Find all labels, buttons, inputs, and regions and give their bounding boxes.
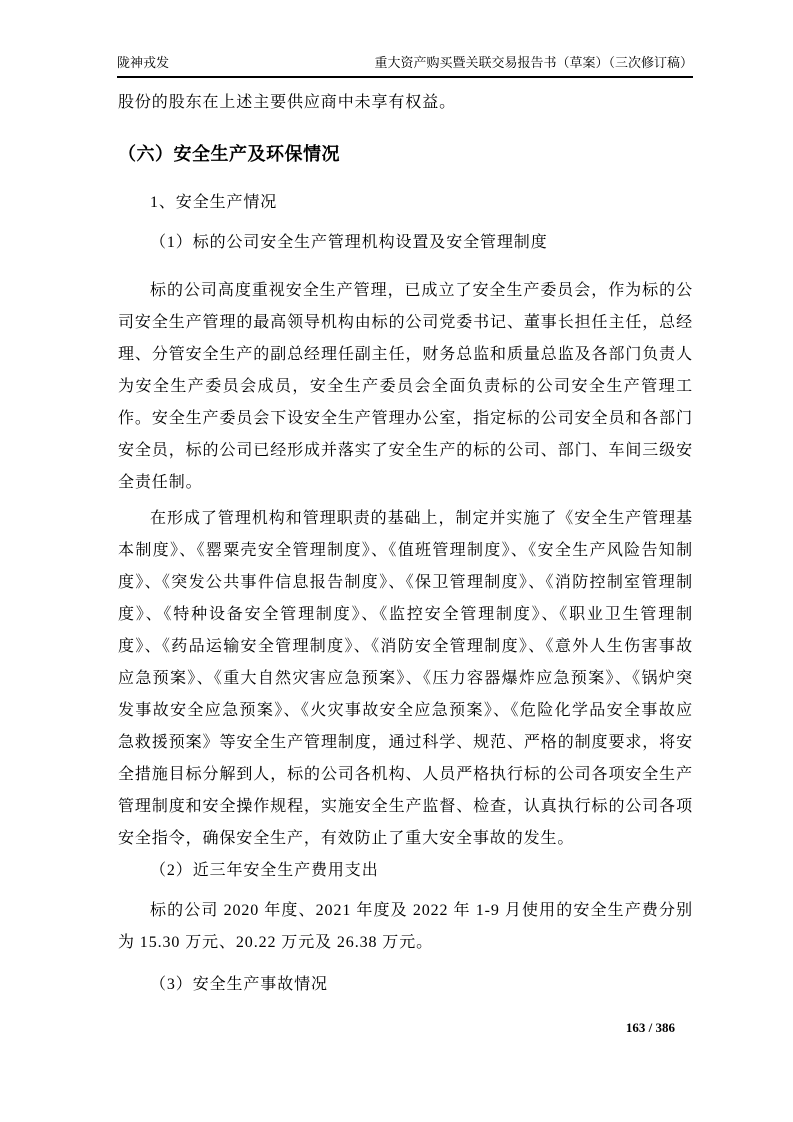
page-footer: 163 / 386	[626, 1019, 675, 1036]
item1-paragraph-2: 在形成了管理机构和管理职责的基础上，制定并实施了《安全生产管理基本制度》、《罂粟…	[118, 503, 693, 855]
page-header: 陇神戎发 重大资产购买暨关联交易报告书（草案）（三次修订稿）	[117, 55, 693, 78]
item3-heading: （3）安全生产事故情况	[118, 969, 693, 1001]
header-company-name: 陇神戎发	[117, 55, 169, 71]
page-number: 163 / 386	[626, 1020, 675, 1035]
item1-heading: （1）标的公司安全生产管理机构设置及安全管理制度	[118, 227, 693, 259]
intro-paragraph: 股份的股东在上述主要供应商中未享有权益。	[118, 87, 693, 119]
section-heading: （六）安全生产及环保情况	[118, 141, 693, 167]
item2-paragraph: 标的公司 2020 年度、2021 年度及 2022 年 1-9 月使用的安全生…	[118, 895, 693, 959]
page-body: 股份的股东在上述主要供应商中未享有权益。 （六）安全生产及环保情况 1、安全生产…	[118, 79, 693, 1001]
subsection-heading: 1、安全生产情况	[118, 187, 693, 219]
header-report-title: 重大资产购买暨关联交易报告书（草案）（三次修订稿）	[374, 55, 693, 71]
document-page: 陇神戎发 重大资产购买暨关联交易报告书（草案）（三次修订稿） 股份的股东在上述主…	[0, 0, 793, 1122]
item2-heading: （2）近三年安全生产费用支出	[118, 855, 693, 887]
item1-paragraph-1: 标的公司高度重视安全生产管理，已成立了安全生产委员会，作为标的公司安全生产管理的…	[118, 275, 693, 499]
